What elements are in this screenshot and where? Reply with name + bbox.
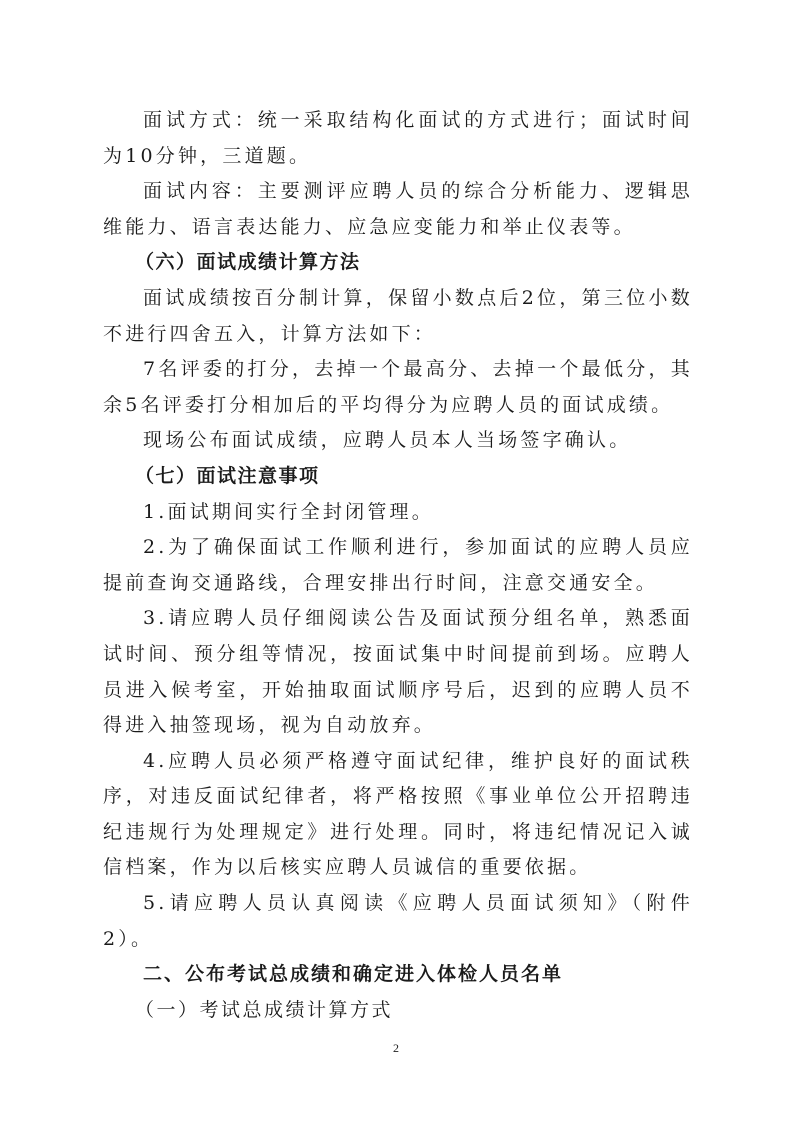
subsection-heading-total-score-method: （一）考试总成绩计算方式 [103,993,693,1029]
page-content: 面试方式：统一采取结构化面试的方式进行；面试时间为10分钟，三道题。 面试内容：… [103,103,693,1028]
paragraph-interview-method: 面试方式：统一采取结构化面试的方式进行；面试时间为10分钟，三道题。 [103,103,693,174]
heading-interview-notes: （七）面试注意事项 [103,459,693,495]
page-number: 2 [0,1041,792,1056]
paragraph-score-announcement: 现场公布面试成绩，应聘人员本人当场签字确认。 [103,423,693,459]
list-item-2: 2.为了确保面试工作顺利进行，参加面试的应聘人员应提前查询交通路线，合理安排出行… [103,530,693,601]
list-item-5: 5.请应聘人员认真阅读《应聘人员面试须知》（附件2）。 [103,886,693,957]
paragraph-judges-scoring: 7名评委的打分，去掉一个最高分、去掉一个最低分，其余5名评委打分相加后的平均得分… [103,352,693,423]
heading-score-calculation: （六）面试成绩计算方法 [103,245,693,281]
list-item-3: 3.请应聘人员仔细阅读公告及面试预分组名单，熟悉面试时间、预分组等情况，按面试集… [103,601,693,743]
list-item-4: 4.应聘人员必须严格遵守面试纪律，维护良好的面试秩序，对违反面试纪律者，将严格按… [103,744,693,886]
document-page: 面试方式：统一采取结构化面试的方式进行；面试时间为10分钟，三道题。 面试内容：… [0,0,792,1121]
paragraph-score-rules: 面试成绩按百分制计算，保留小数点后2位，第三位小数不进行四舍五入，计算方法如下： [103,281,693,352]
section-heading-total-score: 二、公布考试总成绩和确定进入体检人员名单 [103,957,693,993]
paragraph-interview-content: 面试内容：主要测评应聘人员的综合分析能力、逻辑思维能力、语言表达能力、应急应变能… [103,174,693,245]
list-item-1: 1.面试期间实行全封闭管理。 [103,495,693,531]
